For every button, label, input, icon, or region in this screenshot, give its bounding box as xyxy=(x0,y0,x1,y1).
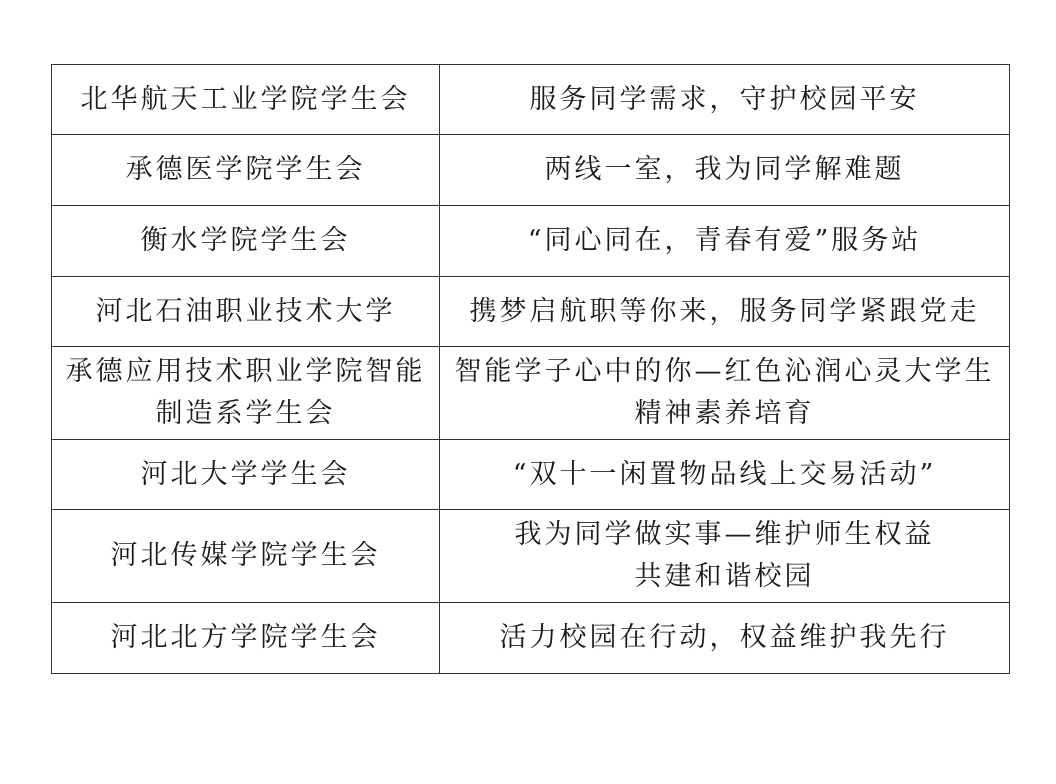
organization-cell: 河北石油职业技术大学 xyxy=(52,277,440,347)
project-cell: 携梦启航职等你来，服务同学紧跟党走 xyxy=(440,277,1010,347)
table-row: 河北大学学生会 “双十一闲置物品线上交易活动” xyxy=(52,440,1010,510)
project-cell: 智能学子心中的你—红色沁润心灵大学生 精神素养培育 xyxy=(440,347,1010,440)
table-row: 承德医学院学生会 两线一室，我为同学解难题 xyxy=(52,135,1010,206)
table-row: 河北石油职业技术大学 携梦启航职等你来，服务同学紧跟党走 xyxy=(52,277,1010,347)
project-cell: “同心同在，青春有爱”服务站 xyxy=(440,206,1010,277)
project-cell: 服务同学需求，守护校园平安 xyxy=(440,65,1010,135)
organization-cell: 河北北方学院学生会 xyxy=(52,603,440,674)
table-row: 河北传媒学院学生会 我为同学做实事—维护师生权益 共建和谐校园 xyxy=(52,510,1010,603)
organization-cell: 河北传媒学院学生会 xyxy=(52,510,440,603)
project-cell: “双十一闲置物品线上交易活动” xyxy=(440,440,1010,510)
table-row: 河北北方学院学生会 活力校园在行动，权益维护我先行 xyxy=(52,603,1010,674)
table-row: 衡水学院学生会 “同心同在，青春有爱”服务站 xyxy=(52,206,1010,277)
project-cell: 活力校园在行动，权益维护我先行 xyxy=(440,603,1010,674)
project-cell: 两线一室，我为同学解难题 xyxy=(440,135,1010,206)
table-row: 承德应用技术职业学院智能 制造系学生会 智能学子心中的你—红色沁润心灵大学生 精… xyxy=(52,347,1010,440)
organization-cell: 衡水学院学生会 xyxy=(52,206,440,277)
project-cell: 我为同学做实事—维护师生权益 共建和谐校园 xyxy=(440,510,1010,603)
student-union-projects-table: 北华航天工业学院学生会 服务同学需求，守护校园平安 承德医学院学生会 两线一室，… xyxy=(51,64,1010,674)
organization-cell: 北华航天工业学院学生会 xyxy=(52,65,440,135)
organization-cell: 河北大学学生会 xyxy=(52,440,440,510)
organization-cell: 承德医学院学生会 xyxy=(52,135,440,206)
table-row: 北华航天工业学院学生会 服务同学需求，守护校园平安 xyxy=(52,65,1010,135)
organization-cell: 承德应用技术职业学院智能 制造系学生会 xyxy=(52,347,440,440)
